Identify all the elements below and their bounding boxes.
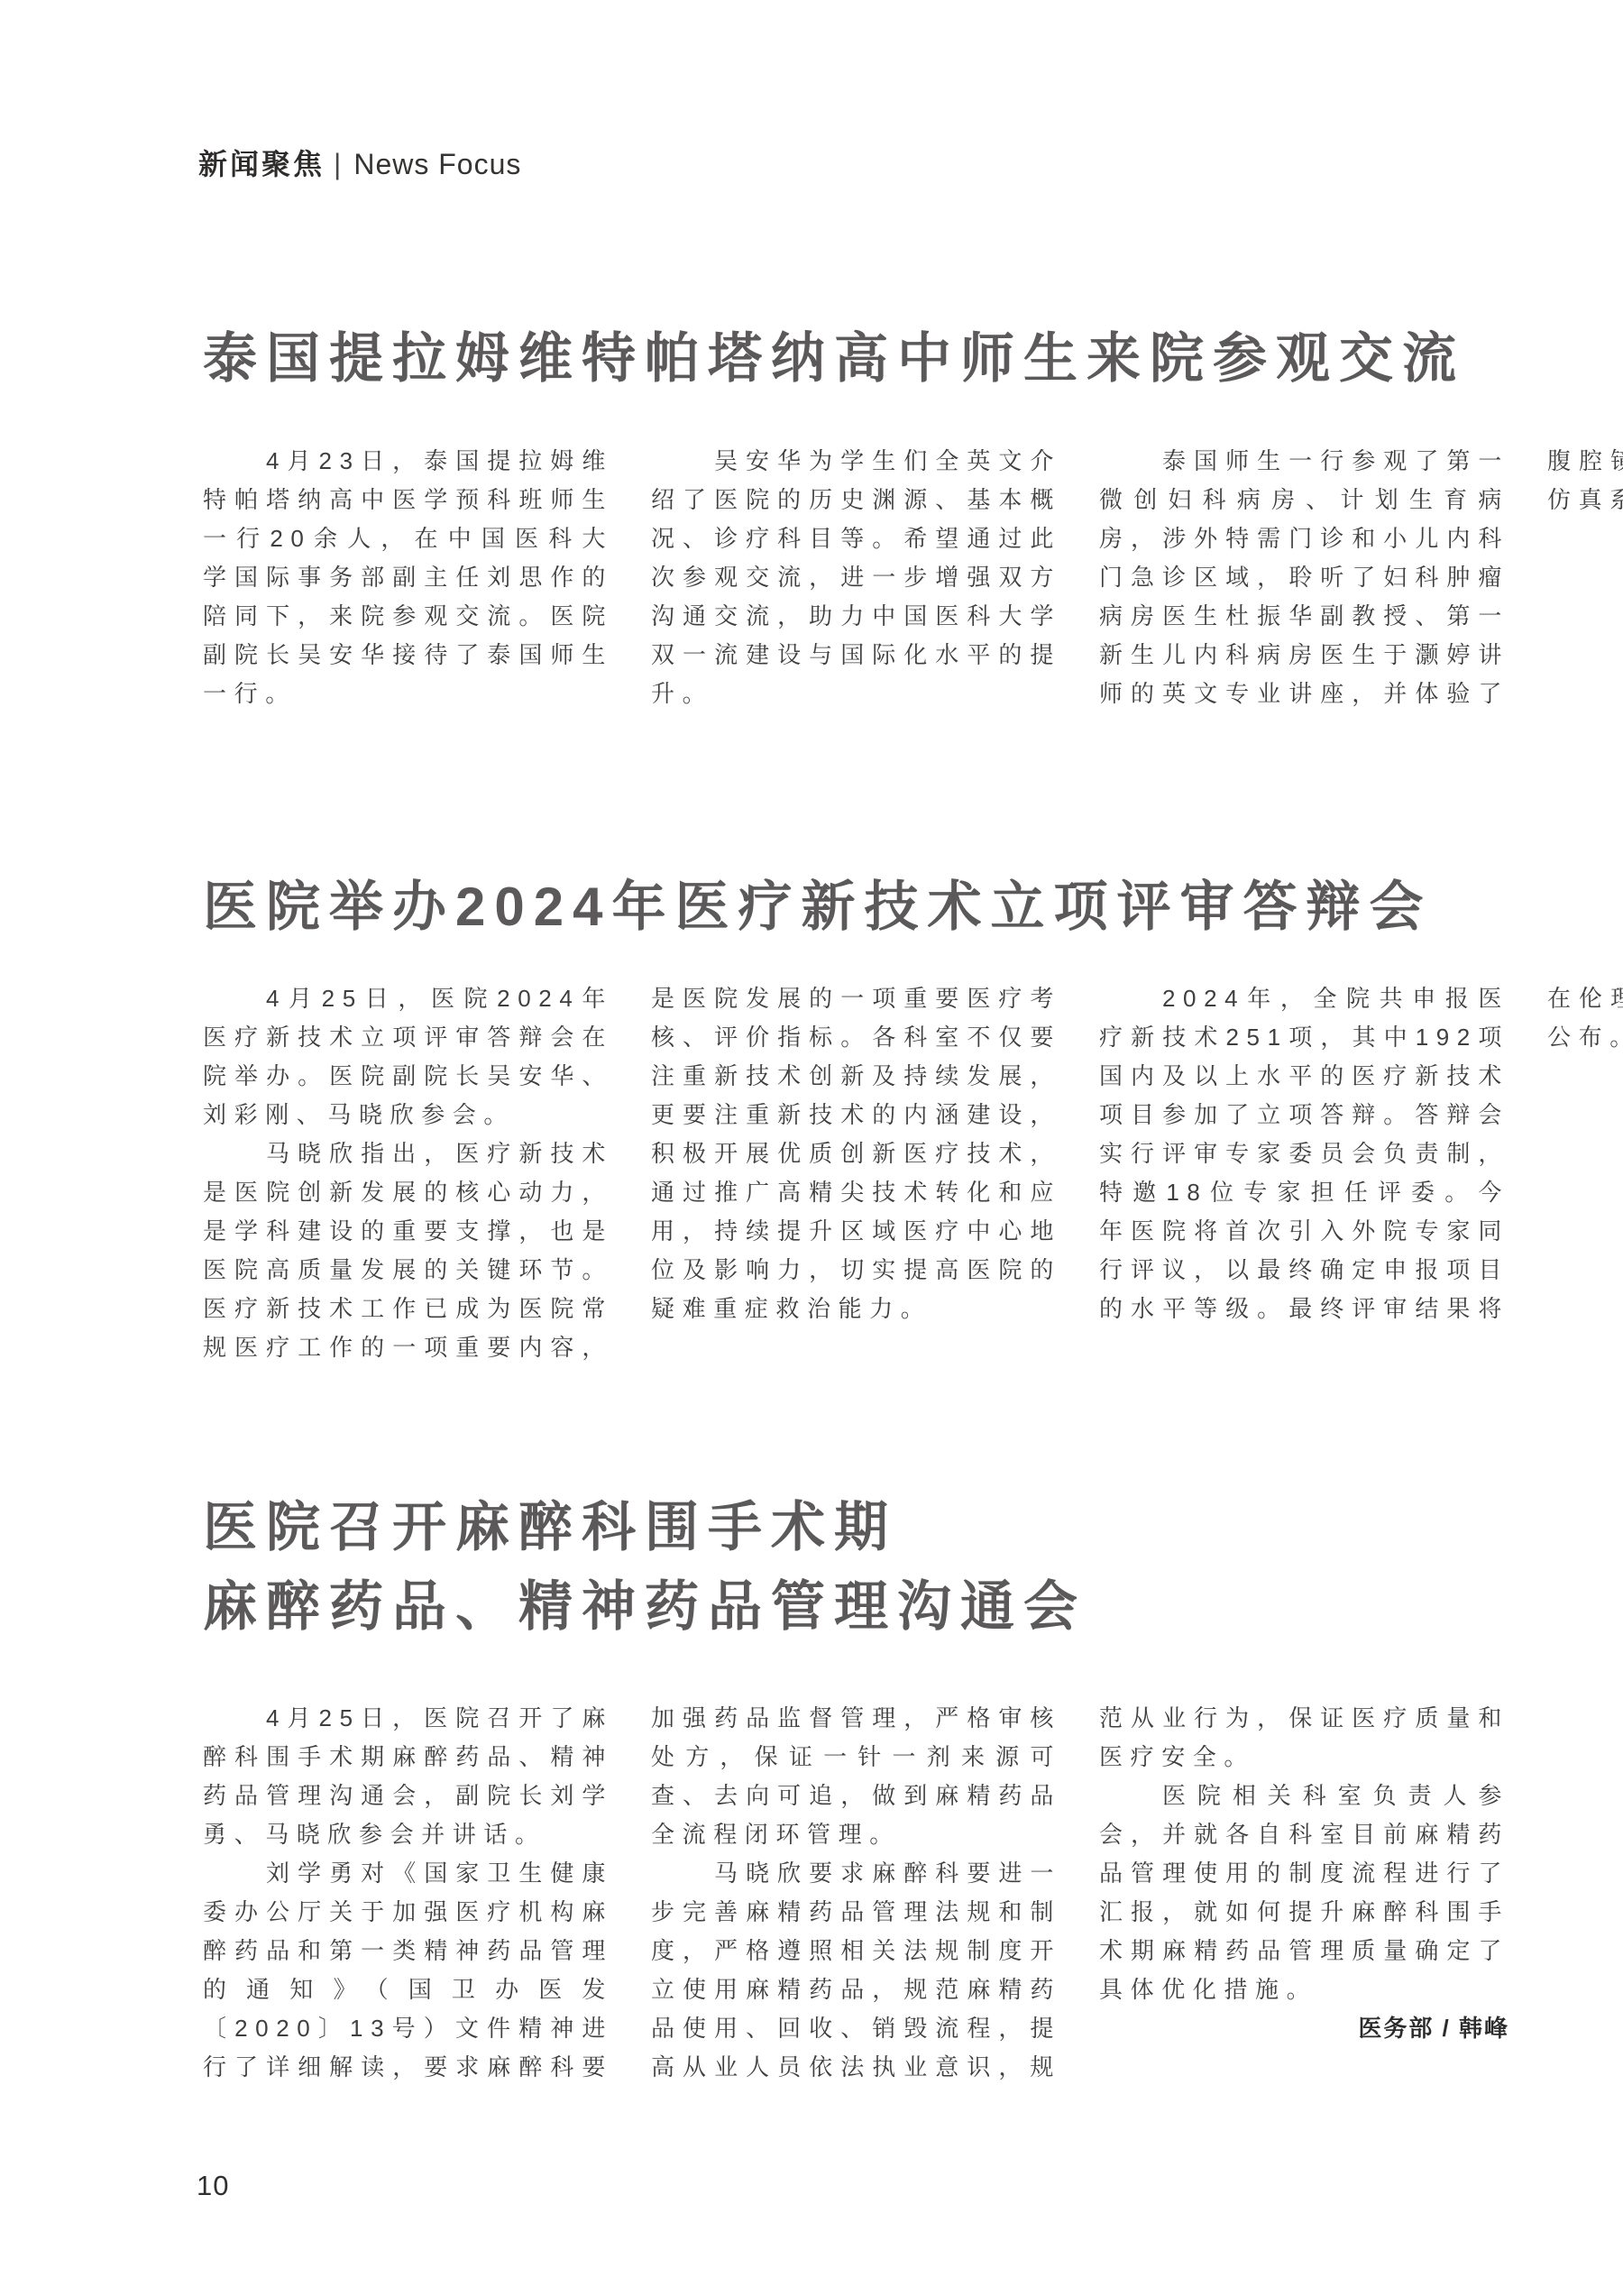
article-anesthesia-meeting: 医院召开麻醉科围手术期 麻醉药品、精神药品管理沟通会 4月25日，医院召开了麻醉… bbox=[203, 1488, 1509, 2087]
article-title-line: 泰国提拉姆维特帕塔纳高中师生来院参观交流 bbox=[203, 319, 1509, 399]
article-title-line: 麻醉药品、精神药品管理沟通会 bbox=[203, 1567, 1509, 1647]
article-paragraph: 泰国师生一行参观了第一微创妇科病房、计划生育病房，涉外特需门诊和小儿内科门急诊区… bbox=[1099, 442, 1623, 752]
page-number: 10 bbox=[197, 2170, 229, 2202]
section-header: 新闻聚焦|News Focus bbox=[198, 146, 521, 182]
article-title: 医院召开麻醉科围手术期 麻醉药品、精神药品管理沟通会 bbox=[203, 1488, 1509, 1647]
section-title-zh: 新闻聚焦 bbox=[198, 148, 325, 180]
section-title-en: News Focus bbox=[353, 148, 521, 180]
article-title: 医院举办2024年医疗新技术立项评审答辩会 bbox=[203, 868, 1509, 947]
article-byline: 医务部 / 韩峰 bbox=[1099, 2009, 1509, 2048]
article-title-line: 医院召开麻醉科围手术期 bbox=[203, 1488, 1509, 1567]
article-title-line: 医院举办2024年医疗新技术立项评审答辩会 bbox=[203, 868, 1509, 947]
article-body: 4月25日，医院2024年医疗新技术立项评审答辩会在院举办。医院副院长吴安华、刘… bbox=[203, 979, 1509, 1367]
article-body: 4月23日，泰国提拉姆维特帕塔纳高中医学预科班师生一行20余人，在中国医科大学国… bbox=[203, 442, 1509, 752]
article-title: 泰国提拉姆维特帕塔纳高中师生来院参观交流 bbox=[203, 319, 1509, 399]
article-paragraph: 4月23日，泰国提拉姆维特帕塔纳高中医学预科班师生一行20余人，在中国医科大学国… bbox=[203, 442, 613, 713]
article-paragraph: 2024年，全院共申报医疗新技术251项，其中192项国内及以上水平的医疗新技术… bbox=[1099, 979, 1623, 1367]
article-byline: 党委 / 院长办公室 郭佳凯 bbox=[1547, 519, 1623, 558]
article-byline: 医务部 / 马璐 bbox=[1547, 1057, 1623, 1096]
article-new-tech-review: 医院举办2024年医疗新技术立项评审答辩会 4月25日，医院2024年医疗新技术… bbox=[203, 868, 1509, 1367]
article-paragraph: 吴安华为学生们全英文介绍了医院的历史渊源、基本概况、诊疗科目等。希望通过此次参观… bbox=[651, 442, 1061, 713]
article-paragraph: 医院相关科室负责人参会，并就各自科室目前麻精药品管理使用的制度流程进行了汇报，就… bbox=[1099, 1777, 1509, 2009]
article-body: 4月25日，医院召开了麻醉科围手术期麻醉药品、精神药品管理沟通会，副院长刘学勇、… bbox=[203, 1699, 1509, 2087]
article-thailand-visit: 泰国提拉姆维特帕塔纳高中师生来院参观交流 4月23日，泰国提拉姆维特帕塔纳高中医… bbox=[203, 319, 1509, 752]
page: { "page": { "number": "10" }, "header": … bbox=[0, 0, 1623, 2296]
article-paragraph: 4月25日，医院召开了麻醉科围手术期麻醉药品、精神药品管理沟通会，副院长刘学勇、… bbox=[203, 1699, 613, 1854]
article-paragraph: 4月25日，医院2024年医疗新技术立项评审答辩会在院举办。医院副院长吴安华、刘… bbox=[203, 979, 613, 1134]
section-divider: | bbox=[334, 148, 341, 180]
